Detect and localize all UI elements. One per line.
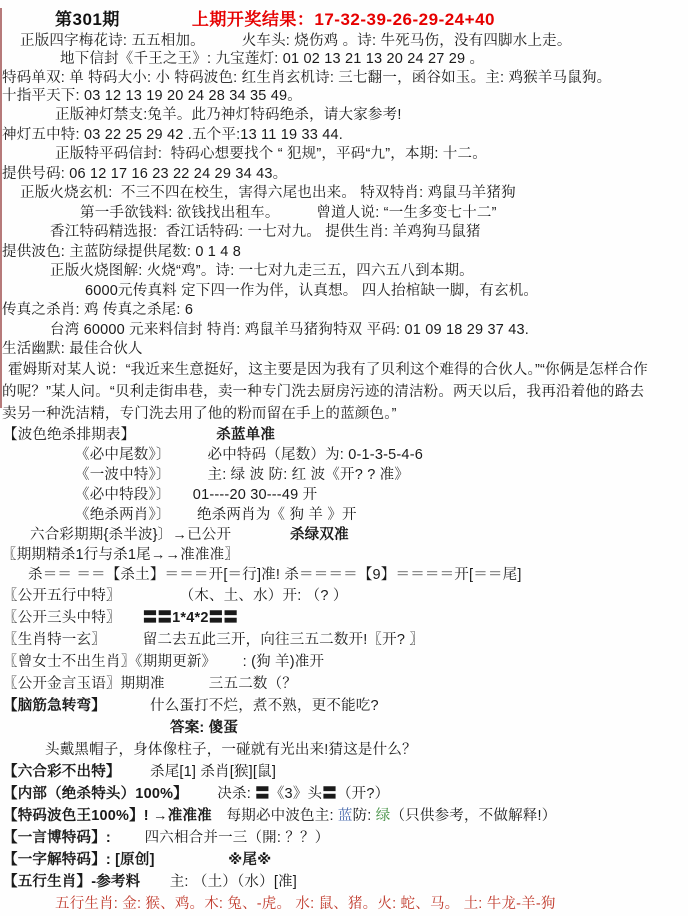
text-segment: 【脑筋急转弯】	[3, 694, 106, 715]
header-row: 第301期 上期开奖结果：17-32-39-26-29-24+40	[0, 0, 688, 30]
left-border-line	[0, 8, 2, 408]
text-segment: ※尾※	[228, 848, 271, 869]
text-segment: 6000元传真料 定下四一作为伴，认真想。 四人抬棺缺一脚，有玄机。	[85, 279, 538, 300]
fire-mystery-line: 正版火烧玄机: 不三不四在校生，害得六尾也出来。 特双特肖: 鸡鼠马羊猪狗	[0, 182, 688, 202]
three-heads-row: 〖公开三头中特〗 〓〓1*4*2〓〓	[0, 606, 688, 628]
not-out-special-row: 【六合彩不出特】 杀尾[1] 杀肖[猴][鼠]	[0, 760, 688, 782]
text-segment: 台湾 60000 元来料信封 特肖: 鸡鼠羊马猪狗特双 平码: 01 09 18…	[50, 318, 529, 339]
text-segment: 〖生肖特一玄〗 留二去五此三开，向往三五二数开!〖开? 〗	[3, 628, 424, 649]
text-segment: 主: （土）（水）[准]	[140, 870, 297, 891]
humor-paragraph-line-1: 霍姆斯对某人说：“我近来生意挺好，这主要是因为我有了贝利这个难得的合伙人。”“你…	[0, 358, 688, 380]
fire-diagram-line: 正版火烧图解: 火烧“鸡”。诗: 一七对九走三五，四六五八到本期。	[0, 260, 688, 280]
text-segment: 第一手欲钱料: 欲钱找出租车。 曾道人说: “一生多变七十二”	[80, 201, 497, 222]
hongkong-report-line: 香江特码精选报: 香江话特码: 一七对九。 提供生肖: 羊鸡狗马鼠猪	[0, 221, 688, 241]
plum-poem-line: 正版四字梅花诗: 五五相加。 火车头: 烧伤鸡 。诗: 牛死马伤，没有四脚水上走…	[0, 30, 688, 49]
kill-earth-row: 杀＝＝ ＝＝【杀土】＝＝＝开[＝行]准! 杀＝＝＝＝【9】＝＝＝＝开[＝＝尾]	[0, 564, 688, 584]
magic-lamp-five-line: 神灯五中特: 03 22 25 29 42 .五个平:13 11 19 33 4…	[0, 124, 688, 144]
riddle-2-row: 头戴黑帽子，身体像柱子，一碰就有光出来!猜这是什么？	[0, 738, 688, 760]
five-elements-row: 〖公开五行中特〗 （木、土、水）开: （? ）	[0, 584, 688, 606]
wave-color-line: 提供波色: 主蓝防绿提供尾数: 0 1 4 8	[0, 241, 688, 261]
text-segment: 〖公开五行中特〗 （木、土、水）开: （? ）	[3, 584, 348, 605]
text-segment: 《必中特段》〕 01----20 30---49 开	[75, 483, 317, 504]
text-segment: 防:	[353, 804, 376, 825]
text-segment: 《3》头	[270, 782, 322, 803]
text-segment: 十指平天下: 03 12 13 19 20 24 28 34 35 49。	[2, 84, 302, 105]
text-segment: 每期必中波色主:	[212, 804, 338, 825]
ten-fingers-line: 十指平天下: 03 12 13 19 20 24 28 34 35 49。	[0, 86, 688, 105]
text-segment: 杀尾[1] 杀肖[猴][鼠]	[121, 760, 276, 781]
wave-king-row: 【特码波色王100%】! →准准准 每期必中波色主: 蓝防: 绿（只供参考，不做…	[0, 804, 688, 826]
text-segment: 《一波中特》〕 主: 绿 波 防: 红 波《开? ? 准》	[75, 463, 409, 484]
text-segment: 决杀:	[188, 782, 255, 803]
taiwan-envelope-line: 台湾 60000 元来料信封 特肖: 鸡鼠羊马猪狗特双 平码: 01 09 18…	[0, 319, 688, 339]
special-flat-envelope-line: 正版特平码信封: 特码心想要找个 “ 犯规”，平码“九”，本期: 十二。	[0, 143, 688, 163]
text-segment: 蓝	[338, 804, 353, 825]
text-segment: 〖公开三头中特〗	[3, 606, 143, 627]
text-segment: 《必中尾数》〕 必中特码（尾数）为: 0-1-3-5-4-6	[75, 443, 423, 464]
text-segment: 六合彩期期{杀半波}〕→已公开	[30, 523, 290, 544]
text-segment: 〓	[255, 782, 270, 803]
text-segment: 正版神灯禁支:兔羊。此乃神灯特码绝杀，请大家参考!	[55, 103, 402, 124]
text-segment: 《绝杀两肖》〕 绝杀两肖为《 狗 羊 》开	[75, 503, 357, 524]
text-segment: 传真之杀肖: 鸡 传真之杀尾: 6	[2, 298, 193, 319]
text-segment: 霍姆斯对某人说：“我近来生意挺好，这主要是因为我有了贝利这个难得的合伙人。”“你…	[8, 358, 648, 379]
text-segment: 提供号码: 06 12 17 16 23 22 24 29 34 43。	[2, 162, 287, 183]
magic-lamp-ban-line: 正版神灯禁支:兔羊。此乃神灯特码绝杀，请大家参考!	[0, 104, 688, 124]
text-segment: （只供参考，不做解释!）	[390, 804, 556, 825]
first-money-line: 第一手欲钱料: 欲钱找出租车。 曾道人说: “一生多变七十二”	[0, 202, 688, 222]
text-segment: 头戴黑帽子，身体像柱子，一碰就有光出来!猜这是什么？	[45, 738, 417, 759]
text-segment: 【波色绝杀排期表】	[3, 423, 216, 444]
text-segment: 什么蛋打不烂，煮不熟，更不能吃?	[106, 694, 379, 715]
fax-kill-line: 传真之杀肖: 鸡 传真之杀尾: 6	[0, 299, 688, 319]
text-segment: 五行生肖: 金: 猴、鸡。木: 兔、-虎。 水: 鼠、猪。火: 蛇、马。 土: …	[55, 892, 556, 913]
text-segment: 〖公开金言玉语〗期期准 三五二数（？	[3, 672, 297, 693]
text-segment: 绿	[376, 804, 391, 825]
one-wave-row: 《一波中特》〕 主: 绿 波 防: 红 波《开? ? 准》	[0, 464, 688, 484]
humor-paragraph-line-2: 的呢？”某人问。“贝利走街串巷，卖一种专门洗去厨房污迹的清洁粉。两天以后，我再沿…	[0, 380, 688, 402]
five-element-zodiac-red-row: 五行生肖: 金: 猴、鸡。木: 兔、-虎。 水: 鼠、猪。火: 蛇、马。 土: …	[0, 892, 688, 914]
text-segment: 提供波色: 主蓝防绿提供尾数: 0 1 4 8	[2, 240, 241, 261]
text-segment: 卖另一种洗洁精，专门洗去用了他的粉而留在手上的蓝颜色。”	[2, 402, 397, 423]
internal-kill-head-row: 【内部（绝杀特头）100%】 决杀: 〓《3》头〓（开?）	[0, 782, 688, 804]
provided-numbers-line: 提供号码: 06 12 17 16 23 22 24 29 34 43。	[0, 163, 688, 183]
special-code-odd-even-line: 特码单双: 单 特码大小: 小 特码波色: 红生肖玄机诗: 三七翻一，函谷如玉。…	[0, 67, 688, 86]
half-wave-row: 六合彩期期{杀半波}〕→已公开 杀绿双准	[0, 524, 688, 544]
text-segment: 神灯五中特: 03 22 25 29 42 .五个平:13 11 19 33 4…	[2, 123, 343, 144]
text-segment: 〓〓1*4*2〓〓	[143, 606, 238, 627]
text-segment: 〓	[322, 782, 337, 803]
text-segment: 【内部（绝杀特头）100%】	[3, 782, 188, 803]
text-segment: 〖期期精杀1行与杀1尾→→准准准〗	[2, 543, 239, 564]
lottery-tip-sheet: 第301期 上期开奖结果：17-32-39-26-29-24+40 正版四字梅花…	[0, 0, 688, 916]
text-segment	[155, 848, 229, 869]
text-segment: 【五行生肖】-参考料	[3, 870, 140, 891]
wave-kill-table-title: 【波色绝杀排期表】 杀蓝单准	[0, 424, 688, 444]
humor-paragraph-line-3: 卖另一种洗洁精，专门洗去用了他的粉而留在手上的蓝颜色。”	[0, 402, 688, 424]
text-segment: 答案: 傻蛋	[170, 716, 238, 737]
riddle-answer-row: 答案: 傻蛋	[0, 716, 688, 738]
golden-words-row: 〖公开金言玉语〗期期准 三五二数（？	[0, 672, 688, 694]
text-segment: 杀蓝单准	[216, 423, 275, 444]
zodiac-mystery-row: 〖生肖特一玄〗 留二去五此三开，向往三五二数开!〖开? 〗	[0, 628, 688, 650]
kill-two-zodiac-row: 《绝杀两肖》〕 绝杀两肖为《 狗 羊 》开	[0, 504, 688, 524]
riddle-row: 【脑筋急转弯】 什么蛋打不烂，煮不熟，更不能吃?	[0, 694, 688, 716]
issue-number: 第301期	[0, 5, 120, 30]
one-word-bet-row: 【一言博特码】: 四六相合并一三（開: ？？）	[0, 826, 688, 848]
content-lines: 正版四字梅花诗: 五五相加。 火车头: 烧伤鸡 。诗: 牛死马伤，没有四脚水上走…	[0, 30, 688, 914]
text-segment: 【一言博特码】:	[3, 826, 115, 847]
humor-title-line: 生活幽默: 最佳合伙人	[0, 338, 688, 358]
must-hit-segment-row: 《必中特段》〕 01----20 30---49 开	[0, 484, 688, 504]
last-draw-result: 上期开奖结果：17-32-39-26-29-24+40	[120, 5, 495, 30]
madam-zeng-row: 〖曾女士不出生肖〗《期期更新》 : (狗 羊)准开	[0, 650, 688, 672]
text-segment: （开?）	[337, 782, 389, 803]
fax-6000-line: 6000元传真料 定下四一作为伴，认真想。 四人抬棺缺一脚，有玄机。	[0, 280, 688, 300]
precise-kill-row: 〖期期精杀1行与杀1尾→→准准准〗	[0, 544, 688, 564]
text-segment: 【六合彩不出特】	[3, 760, 121, 781]
one-char-solve-row: 【一字解特码】: [原创] ※尾※	[0, 848, 688, 870]
text-segment: 杀绿双准	[290, 523, 349, 544]
text-segment: 的呢？”某人问。“贝利走街串巷，卖一种专门洗去厨房污迹的清洁粉。两天以后，我再沿…	[2, 380, 644, 401]
text-segment: 四六相合并一三（開: ？？）	[115, 826, 329, 847]
must-hit-tail-row: 《必中尾数》〕 必中特码（尾数）为: 0-1-3-5-4-6	[0, 444, 688, 464]
underground-envelope-line: 地下信封《千王之王》: 九宝莲灯: 01 02 13 21 13 20 24 2…	[0, 49, 688, 68]
text-segment: 〖曾女士不出生肖〗《期期更新》 : (狗 羊)准开	[3, 650, 324, 671]
text-segment: 杀＝＝ ＝＝【杀土】＝＝＝开[＝行]准! 杀＝＝＝＝【9】＝＝＝＝开[＝＝尾]	[28, 563, 522, 584]
text-segment: 生活幽默: 最佳合伙人	[2, 337, 143, 358]
five-element-zodiac-title-row: 【五行生肖】-参考料 主: （土）（水）[准]	[0, 870, 688, 892]
text-segment: 正版火烧图解: 火烧“鸡”。诗: 一七对九走三五，四六五八到本期。	[50, 259, 474, 280]
text-segment: 【一字解特码】: [原创]	[3, 848, 155, 869]
text-segment: 【特码波色王100%】! →准准准	[3, 804, 212, 825]
text-segment: 正版火烧玄机: 不三不四在校生，害得六尾也出来。 特双特肖: 鸡鼠马羊猪狗	[20, 181, 516, 202]
text-segment: 正版特平码信封: 特码心想要找个 “ 犯规”，平码“九”，本期: 十二。	[55, 142, 487, 163]
text-segment: 香江特码精选报: 香江话特码: 一七对九。 提供生肖: 羊鸡狗马鼠猪	[50, 220, 481, 241]
